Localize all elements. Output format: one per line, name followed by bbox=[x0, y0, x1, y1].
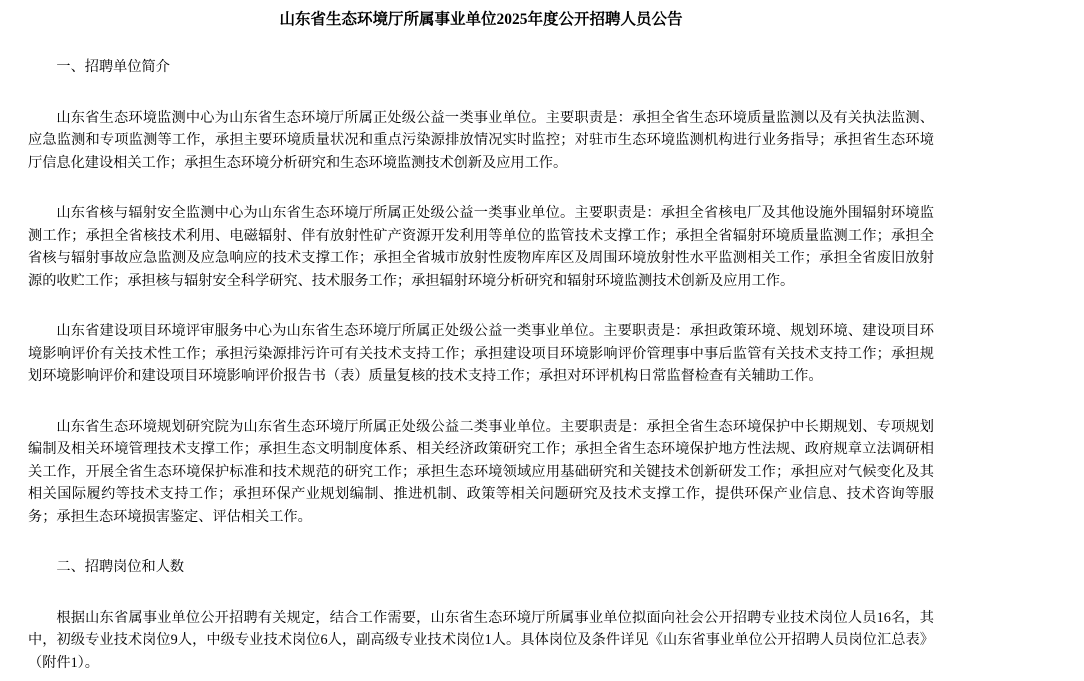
paragraph-unit-nuclear-radiation-center: 山东省核与辐射安全监测中心为山东省生态环境厅所属正处级公益一类事业单位。主要职责… bbox=[28, 202, 934, 292]
paragraph-unit-monitoring-center: 山东省生态环境监测中心为山东省生态环境厅所属正处级公益一类事业单位。主要职责是：… bbox=[28, 107, 934, 175]
section-2-heading: 二、招聘岗位和人数 bbox=[28, 556, 934, 579]
document-page: 山东省生态环境厅所属事业单位2025年度公开招聘人员公告 一、招聘单位简介 山东… bbox=[0, 0, 1084, 681]
document-title: 山东省生态环境厅所属事业单位2025年度公开招聘人员公告 bbox=[28, 9, 934, 30]
paragraph-unit-planning-institute: 山东省生态环境规划研究院为山东省生态环境厅所属正处级公益二类事业单位。主要职责是… bbox=[28, 416, 934, 529]
paragraph-unit-project-review-center: 山东省建设项目环境评审服务中心为山东省生态环境厅所属正处级公益一类事业单位。主要… bbox=[28, 320, 934, 388]
section-1-heading: 一、招聘单位简介 bbox=[28, 56, 934, 79]
paragraph-recruitment-positions-count: 根据山东省属事业单位公开招聘有关规定，结合工作需要，山东省生态环境厅所属事业单位… bbox=[28, 607, 934, 675]
